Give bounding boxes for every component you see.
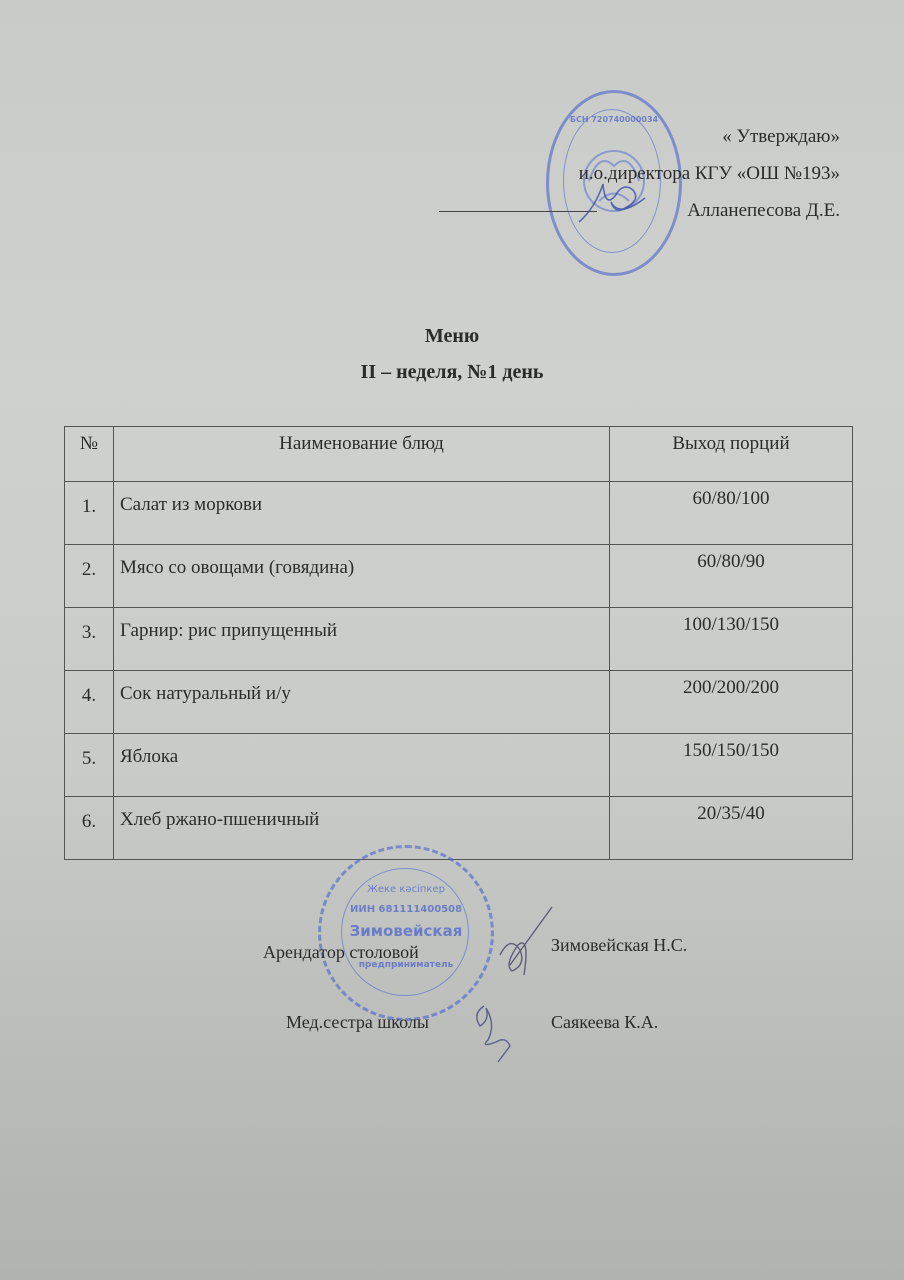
document-page: БСН 720740000034 « Утверждаю» и.о.директ… bbox=[0, 0, 904, 1280]
table-row: 2. Мясо со овощами (говядина) 60/80/90 bbox=[65, 545, 853, 608]
nurse-name: Саякеева К.А. bbox=[551, 1012, 658, 1033]
stamp-line-1: Жеке кәсіпкер bbox=[321, 884, 491, 895]
row-number: 4. bbox=[65, 671, 114, 734]
tenant-name: Зимовейская Н.С. bbox=[551, 935, 687, 956]
portion-yield: 200/200/200 bbox=[610, 671, 853, 734]
row-number: 2. bbox=[65, 545, 114, 608]
title-menu: Меню bbox=[0, 318, 904, 354]
director-signature bbox=[575, 178, 655, 226]
table-header-row: № Наименование блюд Выход порций bbox=[65, 427, 853, 482]
portion-yield: 100/130/150 bbox=[610, 608, 853, 671]
tenant-signature bbox=[490, 905, 560, 985]
portion-yield: 150/150/150 bbox=[610, 734, 853, 797]
approval-heading: « Утверждаю» bbox=[579, 118, 840, 155]
header-number: № bbox=[65, 427, 114, 482]
table-row: 4. Сок натуральный и/у 200/200/200 bbox=[65, 671, 853, 734]
signature-line bbox=[439, 211, 597, 212]
header-portion-yield: Выход порций bbox=[610, 427, 853, 482]
dish-name: Мясо со овощами (говядина) bbox=[114, 545, 610, 608]
row-number: 3. bbox=[65, 608, 114, 671]
entrepreneur-stamp: Жеке кәсіпкер ИИН 681111400508 Зимовейск… bbox=[318, 845, 494, 1021]
stamp-name: Зимовейская bbox=[321, 922, 491, 940]
portion-yield: 60/80/100 bbox=[610, 482, 853, 545]
dish-name: Гарнир: рис припущенный bbox=[114, 608, 610, 671]
document-title: Меню II – неделя, №1 день bbox=[0, 318, 904, 390]
nurse-signature bbox=[466, 1000, 516, 1064]
tenant-role: Арендатор столовой bbox=[263, 942, 419, 963]
table-row: 5. Яблока 150/150/150 bbox=[65, 734, 853, 797]
table-row: 3. Гарнир: рис припущенный 100/130/150 bbox=[65, 608, 853, 671]
row-number: 5. bbox=[65, 734, 114, 797]
row-number: 6. bbox=[65, 797, 114, 860]
header-dish-name: Наименование блюд bbox=[114, 427, 610, 482]
nurse-role: Мед.сестра школы bbox=[286, 1012, 429, 1033]
title-week-day: II – неделя, №1 день bbox=[0, 354, 904, 390]
table-row: 6. Хлеб ржано-пшеничный 20/35/40 bbox=[65, 797, 853, 860]
dish-name: Хлеб ржано-пшеничный bbox=[114, 797, 610, 860]
dish-name: Яблока bbox=[114, 734, 610, 797]
dish-name: Сок натуральный и/у bbox=[114, 671, 610, 734]
menu-table: № Наименование блюд Выход порций 1. Сала… bbox=[64, 426, 853, 860]
stamp-iin: ИИН 681111400508 bbox=[321, 904, 491, 915]
portion-yield: 20/35/40 bbox=[610, 797, 853, 860]
row-number: 1. bbox=[65, 482, 114, 545]
dish-name: Салат из моркови bbox=[114, 482, 610, 545]
table-row: 1. Салат из моркови 60/80/100 bbox=[65, 482, 853, 545]
portion-yield: 60/80/90 bbox=[610, 545, 853, 608]
